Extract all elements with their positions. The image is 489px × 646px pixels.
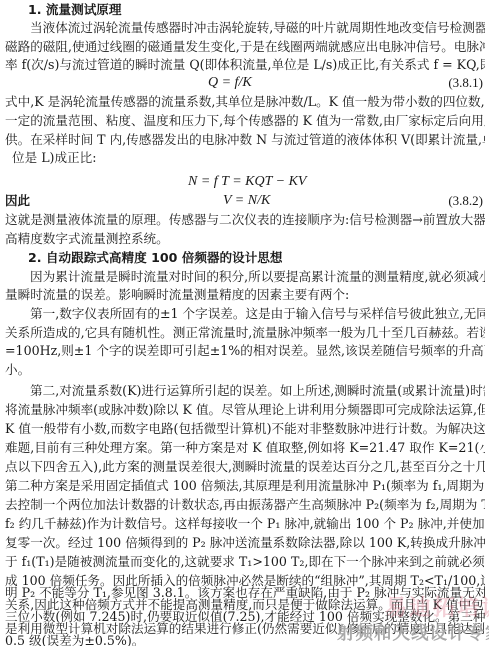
- paragraph-line: 第二,对流量系数(K)进行运算所引起的误差。如上所述,测瞬时流量(或累计流量)时…: [30, 381, 485, 400]
- equation-label: 因此: [5, 191, 30, 211]
- paragraph-line: 率 f(次/s)与流过管道的瞬时流量 Q(即体积流量,单位是 L/s)成正比,有…: [5, 55, 485, 74]
- paragraph-line: 位是 L)成正比:: [12, 148, 485, 167]
- paragraph-line: 复零一次。经过 100 倍频得到的 P₂ 脉冲送流量系数除法器,除以 100 K…: [5, 533, 485, 552]
- paragraph-line: 因为累计流量是瞬时流量对时间的积分,所以要提高累计流量的测量精度,就必须减小测: [30, 267, 485, 286]
- paragraph-line: f₂ 约几千赫兹)作为计数信号。这样每接收一个 P₁ 脉冲,就输出 100 个 …: [5, 514, 485, 533]
- equation-number: (3.8.1): [448, 73, 483, 93]
- paragraph-line: 供。在采样时间 T 内,传感器发出的电脉冲数 N 与流过管道的液体体积 V(即累…: [5, 130, 485, 149]
- paragraph-line: 将流量脉冲频率(或脉冲数)除以 K 值。尽管从理论上讲利用分频器即可完成除法运算…: [5, 400, 485, 419]
- paragraph-line: 于 f₁(T₁)是随被测流量而变化的,这就要求 T₁>100 T₂,即在下一个脉…: [5, 552, 485, 571]
- paragraph-line: 第一,数字仪表所固有的±1 个字误差。这是由于输入信号与采样信号彼此独立,无同步: [30, 304, 485, 323]
- paragraph-line: 去控制一个两位加法计数器的计数状态,再由振荡器产生高频脉冲 P₂(频率为 f₂,…: [5, 495, 485, 514]
- document-page: 1. 流量测试原理 当液体流过涡轮流量传感器时冲击涡轮旋转,导磁的叶片就周期性地…: [0, 0, 489, 646]
- equation-number: (3.8.2): [448, 191, 483, 211]
- paragraph-line: 关系所造成的,它具有随机性。测正常流量时,流量脉冲频率一般为几十至几百赫兹。若设…: [5, 323, 485, 342]
- equation-n: N = f T = KQT − KV: [188, 172, 306, 192]
- paragraph-line: 小。: [5, 360, 485, 379]
- paragraph-line: 量瞬时流量的误差。影响瞬时流量测量精度的因素主要有两个:: [5, 285, 485, 304]
- paragraph-line: 磁路的磁阻,使通过线圈的磁通量发生变化,于是在线圈两端就感应出电脉冲信号。电脉冲…: [5, 37, 485, 56]
- section-heading-1: 1. 流量测试原理: [28, 0, 485, 19]
- section-heading-2: 2. 自动跟踪式高精度 100 倍频器的设计思想: [28, 248, 485, 267]
- paragraph-line: 难题,目前有三种处理方案。第一种方案是对 K 值取整,例如将 K=21.47 取…: [5, 438, 485, 457]
- paragraph-line: 点以下四舍五入),此方案的测量误差很大,测瞬时流量的误差达百分之几,甚至百分之十…: [5, 457, 485, 476]
- paragraph-line: K 值一般带有小数,而数字电路(包括微型计算机)不能对非整数脉冲进行计数。为解决…: [5, 419, 485, 438]
- paragraph-line: 当液体流过涡轮流量传感器时冲击涡轮旋转,导磁的叶片就周期性地改变信号检测器中: [30, 18, 485, 37]
- paragraph-line: 式中,K 是涡轮流量传感器的流量系数,其单位是脉冲数/L。K 值一般为带小数的四…: [5, 92, 485, 111]
- paragraph-line: 高精度数字式流量测控系统。: [5, 229, 485, 248]
- paragraph-line: 这就是测量液体流量的原理。传感器与二次仪表的连接顺序为:信号检测器→前置放大器→: [5, 210, 485, 229]
- watermark-logo: 易迪拓培训: [385, 596, 489, 622]
- equation-3-8-1: Q = f/K: [208, 73, 252, 93]
- watermark-tagline: 射频和天线设计专家: [337, 622, 489, 646]
- equation-3-8-2: V = N/K: [223, 191, 270, 211]
- paragraph-line: 一定的流量范围、粘度、温度和压力下,每个传感器的 K 值为一常数,由厂家标定后向…: [5, 111, 485, 130]
- paragraph-line: 第二种方案是采用固定插值式 100 倍频法,其原理是利用流量脉冲 P₁(频率为 …: [5, 476, 485, 495]
- paragraph-line: =100Hz,则±1 个字的误差即可引起±1%的相对误差。显然,该误差随信号频率…: [5, 341, 485, 360]
